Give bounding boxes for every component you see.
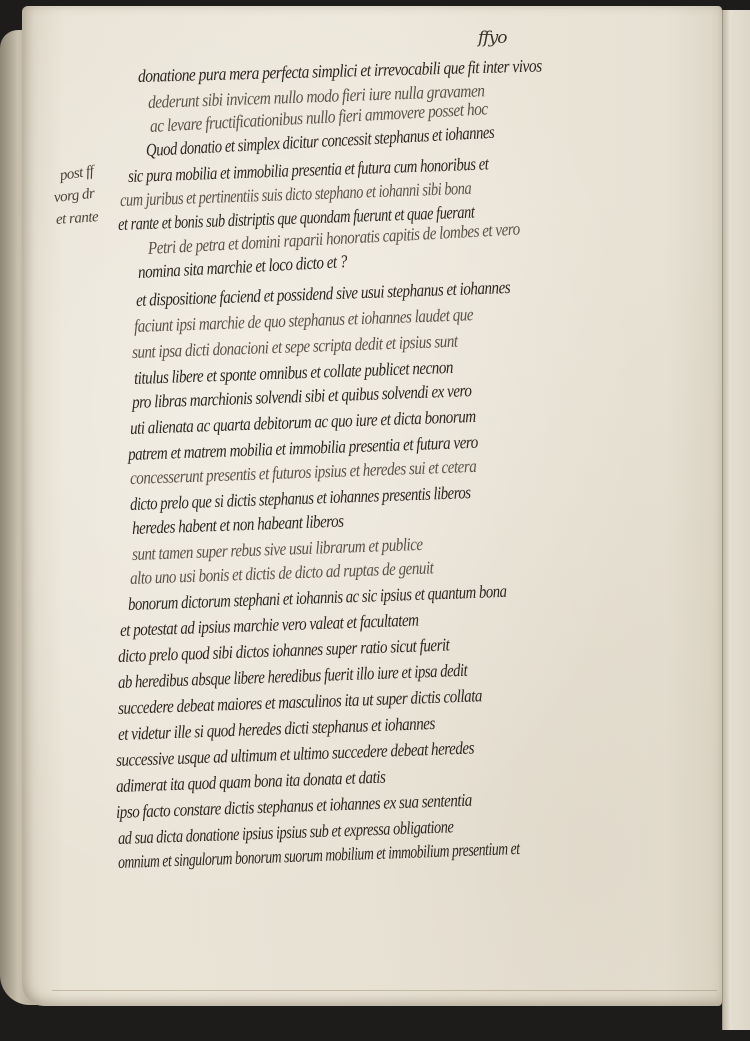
scanned-image: ffyo post ff vorg dr et rante donatione … bbox=[0, 0, 750, 1041]
right-page-edge bbox=[722, 10, 750, 1030]
page-bottom-edge bbox=[52, 990, 717, 1005]
margin-note: et rante bbox=[55, 209, 98, 229]
folio-number: ffyo bbox=[478, 28, 506, 48]
